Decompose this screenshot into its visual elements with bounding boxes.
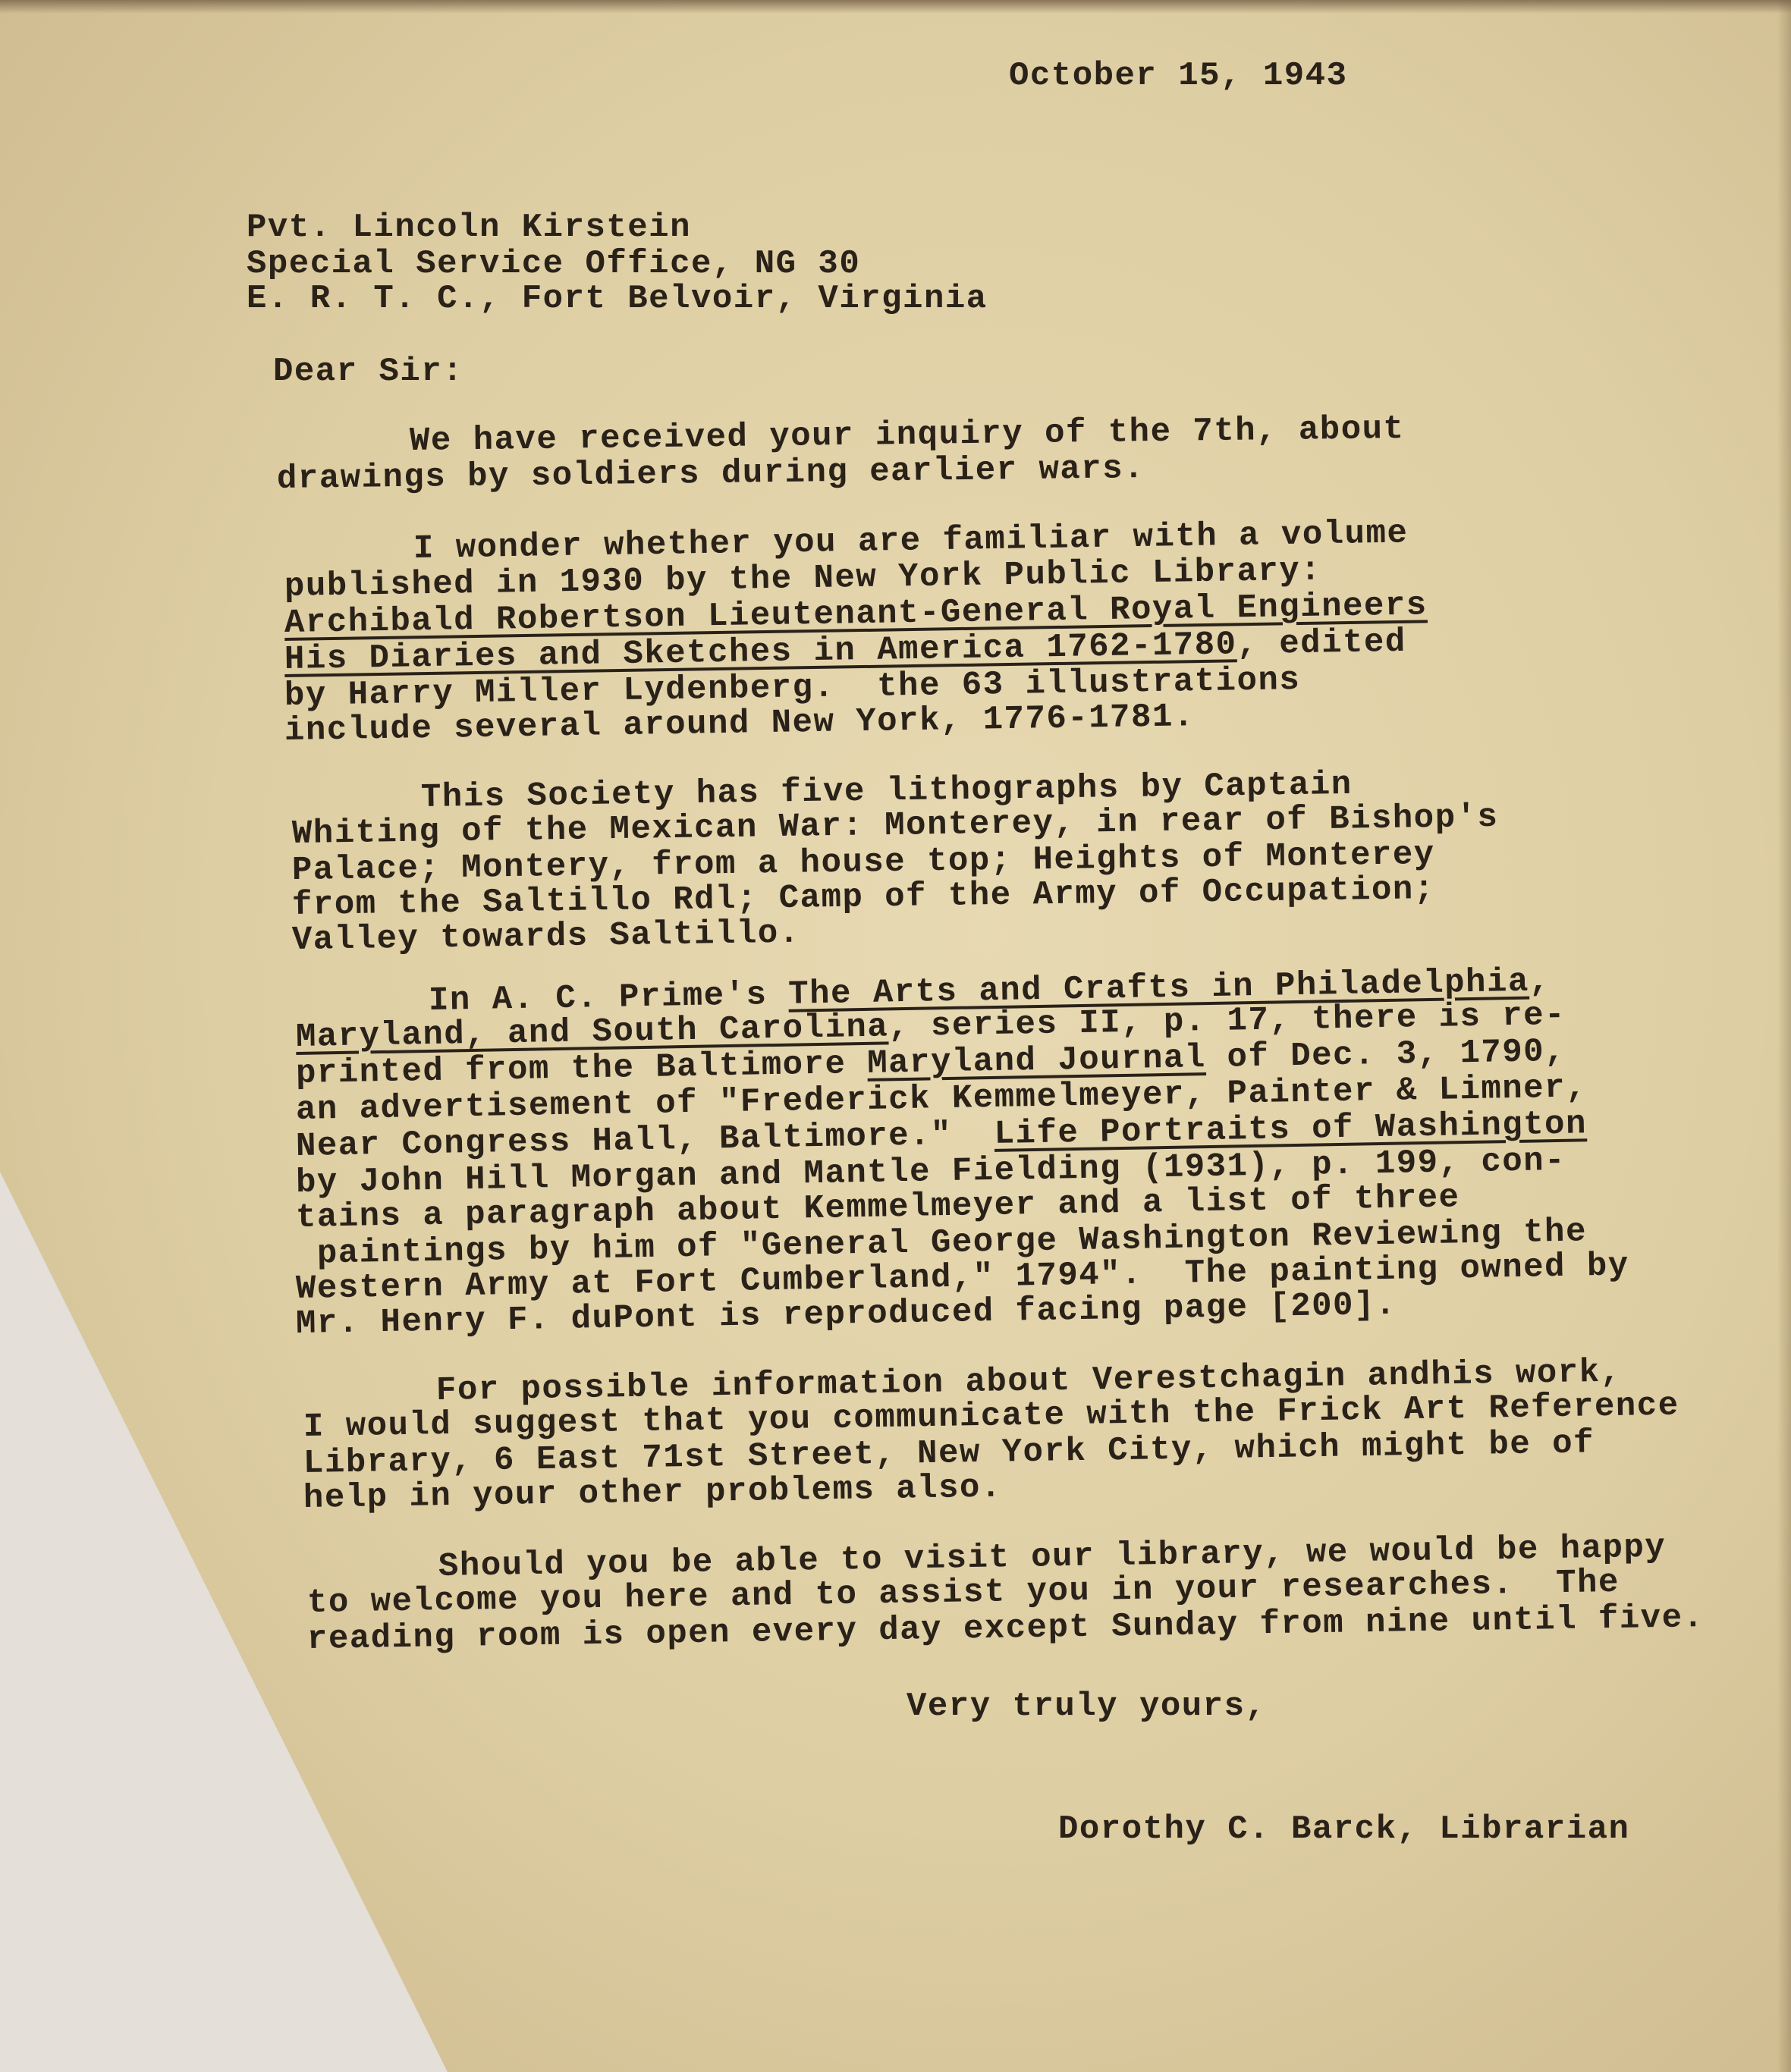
- recipient-office: Special Service Office, NG 30: [247, 247, 860, 281]
- recipient-location: E. R. T. C., Fort Belvoir, Virginia: [247, 282, 988, 316]
- salutation: Dear Sir:: [273, 355, 463, 388]
- paragraph-line: drawings by soldiers during earlier wars…: [277, 452, 1145, 496]
- paragraph-line: help in your other problems also.: [303, 1471, 1002, 1515]
- recipient-name: Pvt. Lincoln Kirstein: [247, 211, 691, 244]
- signature: Dorothy C. Barck, Librarian: [1058, 1813, 1629, 1846]
- text-span: , edited: [1236, 623, 1406, 664]
- letter-date: October 15, 1943: [1009, 59, 1347, 93]
- page-right-shadow: [1777, 0, 1791, 2072]
- paragraph-line: Valley towards Saltillo.: [292, 917, 800, 957]
- text-span: ,: [1529, 962, 1551, 1000]
- page-top-shadow: [0, 0, 1791, 14]
- closing: Very truly yours,: [906, 1690, 1266, 1723]
- paragraph-line: We have received your inquiry of the 7th…: [410, 413, 1405, 458]
